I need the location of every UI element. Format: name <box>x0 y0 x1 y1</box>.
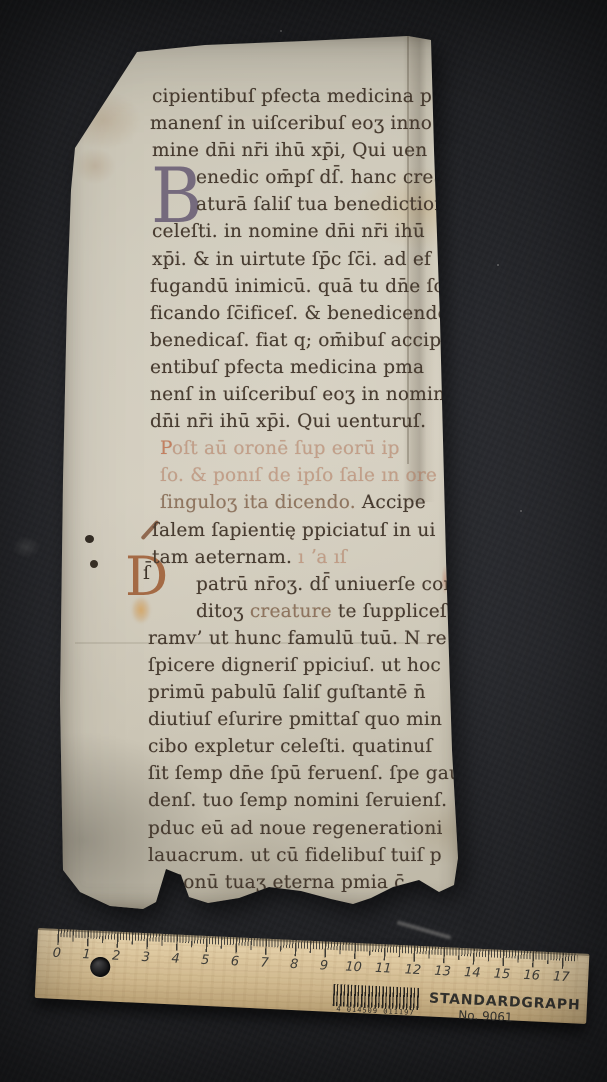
manuscript-text-segment: tam aeternam. <box>152 547 292 568</box>
ruler-number: 8 <box>290 957 299 972</box>
manuscript-text-segment: aturā ſaliſ tua benedictione <box>196 194 458 215</box>
manuscript-line: mine dn̄i nr̄i ihū xp̄i, Qui uen <box>152 137 460 164</box>
manuscript-text-segment: ſſionū tuaʒ eterna pmia c̄ <box>163 872 405 893</box>
manuscript-text-segment: oſt aū oronē ſup eorū ip <box>172 438 400 459</box>
manuscript-line: ramv’ ut hunc famulū tuū. N re <box>148 625 460 652</box>
manuscript-line: entibuſ pfecta medicina pma <box>150 354 460 381</box>
manuscript-line: ſinguloʒ ita dicendo. Accipe <box>160 489 460 516</box>
manuscript-text-segment: ramv’ ut hunc famulū tuū. N re <box>148 628 447 649</box>
manuscript-text-segment: celeſti. in nomine dn̄i nr̄i ihū <box>152 221 425 242</box>
manuscript-line: ficando ſc̄ificeſ. & benedicendo <box>150 300 460 327</box>
manuscript-line: aturā ſaliſ tua benedictione <box>196 191 460 218</box>
initial-d-inner-letter: ſ̄ <box>143 562 150 584</box>
manuscript-line: lauacrum. ut cū fidelibuſ tuiſ p <box>148 842 460 869</box>
manuscript-text-segment: benedicaſ. fiat q; om̄ibuſ accipi <box>150 330 447 351</box>
manuscript-line: celeſti. in nomine dn̄i nr̄i ihū <box>152 218 460 245</box>
manuscript-text-segment: P <box>160 438 172 459</box>
parchment-fold-crease <box>407 34 409 464</box>
ruler-number: 7 <box>260 956 269 971</box>
manuscript-line: enedic om̄pſ dſ̄. hanc crea ııa <box>196 164 460 191</box>
manuscript-text-segment: pduc eū ad noue regenerationi <box>148 818 443 839</box>
ruler-number: 11 <box>375 961 392 977</box>
manuscript-line: tam aeternam. ı ʼa ıſ <box>152 544 460 571</box>
parchment-crease <box>75 642 430 644</box>
manuscript-text-segment: Accipe <box>362 492 426 513</box>
ruler-number: 0 <box>52 946 61 961</box>
ruler-number: 16 <box>523 968 540 984</box>
manuscript-text-segment: ſinguloʒ ita dicendo. <box>160 492 362 513</box>
manuscript-text-segment: ſalem ſapientię ppiciatuſ in ui <box>152 520 436 541</box>
ruler-number: 1 <box>82 947 91 962</box>
ink-speck <box>90 560 98 568</box>
decorated-initial-B: B <box>151 158 202 234</box>
ruler-number: 6 <box>230 954 239 969</box>
manuscript-text-segment: nenſ in uiſceribuſ eoʒ in nomine <box>150 384 456 405</box>
manuscript-text-segment: xp̄i. & in uirtute ſp̄c ſc̄i. ad ef <box>152 249 431 270</box>
orange-stain <box>131 596 151 624</box>
manuscript-line: ſit ſemp dn̄e ſpū feruenſ. ſpe gau <box>148 760 460 787</box>
manuscript-text-segment: ı ʼa ıſ <box>292 547 347 568</box>
manuscript-line: dn̄i nr̄i ihū xp̄i. Qui uenturuſ. <box>150 408 460 435</box>
initial-d-flourish <box>140 520 159 541</box>
manuscript-line: denſ. tuo ſemp nomini ſeruienſ. <box>148 787 460 814</box>
manuscript-line: ſo. & ponıſ de ipſo ſale ın ore <box>160 462 460 489</box>
ink-speck <box>85 535 94 543</box>
manuscript-line: xp̄i. & in uirtute ſp̄c ſc̄i. ad ef <box>152 246 460 273</box>
manuscript-text-segment: diutiuſ eſurire pmittaſ quo min <box>148 709 442 730</box>
manuscript-line: patrū nr̄oʒ. dſ̄ uniuerſe cond <box>196 571 460 598</box>
manuscript-text-block: cipientibuſ pfecta medicina pmanenſ in u… <box>150 83 460 896</box>
manuscript-line: manenſ in uiſceribuſ eoʒ inno <box>150 110 460 137</box>
ruler-number: 13 <box>434 964 451 980</box>
manuscript-text-segment: creature <box>250 601 332 622</box>
ruler-hanging-hole <box>90 957 111 978</box>
manuscript-text-segment: ſit ſemp dn̄e ſpū feruenſ. ſpe gau <box>148 763 461 784</box>
background-smudge <box>12 536 40 558</box>
manuscript-text-segment: ſpicere digneriſ ppiciuſ. ut hoc <box>148 655 441 676</box>
dust-speck <box>520 510 522 512</box>
manuscript-text-segment: cibo expletur celeſti. quatinuſ <box>148 736 432 757</box>
manuscript-text-segment: entibuſ pfecta medicina pma <box>150 357 424 378</box>
manuscript-line: fugandū inimicū. quā tu dn̄e ſci <box>150 273 460 300</box>
ruler-number: 14 <box>464 965 481 981</box>
ruler-number: 4 <box>171 951 180 966</box>
manuscript-line: ſalem ſapientię ppiciatuſ in ui <box>152 517 460 544</box>
manuscript-text-segment: ſo. & ponıſ de ipſo ſale ın ore <box>160 465 437 486</box>
ruler-number: 15 <box>493 967 510 983</box>
manuscript-text-segment: fugandū inimicū. quā tu dn̄e ſci <box>150 276 450 297</box>
ruler-number: 17 <box>553 969 570 985</box>
manuscript-line: cibo expletur celeſti. quatinuſ <box>148 733 460 760</box>
manuscript-line: ſpicere digneriſ ppiciuſ. ut hoc <box>148 652 460 679</box>
decorated-initial-D: D <box>125 550 168 604</box>
manuscript-line: ſſionū tuaʒ eterna pmia c̄ <box>163 869 460 896</box>
manuscript-text-segment: ditoʒ <box>196 601 250 622</box>
manuscript-line: ditoʒ creature te ſuppliceſ exo <box>196 598 460 625</box>
manuscript-line: cipientibuſ pfecta medicina p <box>152 83 460 110</box>
rust-stain <box>440 560 450 600</box>
ruler-number: 10 <box>345 960 362 976</box>
manuscript-line: pduc eū ad noue regenerationi <box>148 815 460 842</box>
ruler-number: 2 <box>112 949 121 964</box>
manuscript-line: primū pabulū ſaliſ guſtantē n̄ <box>148 679 460 706</box>
photograph: B D ſ̄ cipientibuſ pfecta medicina pmane… <box>0 0 607 1082</box>
ruler-number: 3 <box>141 950 150 965</box>
manuscript-text-segment: cipientibuſ pfecta medicina p <box>152 86 432 107</box>
manuscript-line: Poſt aū oronē ſup eorū ip <box>160 435 460 462</box>
manuscript-text-segment: lauacrum. ut cū fidelibuſ tuiſ p <box>148 845 442 866</box>
parchment-surface: B D ſ̄ cipientibuſ pfecta medicina pmane… <box>55 30 467 912</box>
parchment-fold-shading <box>403 32 435 502</box>
manuscript-text-segment: patrū nr̄oʒ. dſ̄ uniuerſe con <box>196 574 456 595</box>
dust-speck <box>497 264 499 266</box>
ruler-number: 5 <box>201 953 210 968</box>
manuscript-text-segment: enedic om̄pſ dſ̄. hanc cre <box>196 167 434 188</box>
manuscript-line: diutiuſ eſurire pmittaſ quo min <box>148 706 460 733</box>
manuscript-text-segment: ficando ſc̄ificeſ. & benedicendo <box>150 303 449 324</box>
manuscript-text-segment: manenſ in uiſceribuſ eoʒ inno <box>150 113 432 134</box>
manuscript-text-segment: te ſuppliceſ exo <box>332 601 486 622</box>
manuscript-line: nenſ in uiſceribuſ eoʒ in nomine <box>150 381 460 408</box>
manuscript-text-segment: d <box>456 574 469 595</box>
ruler-number: 9 <box>319 958 328 973</box>
ruler-number: 12 <box>404 962 421 978</box>
manuscript-text-segment: dn̄i nr̄i ihū xp̄i. Qui uenturuſ. <box>150 411 426 432</box>
manuscript-line: benedicaſ. fiat q; om̄ibuſ accipi <box>150 327 460 354</box>
manuscript-text-segment: mine dn̄i nr̄i ihū xp̄i, Qui uen <box>152 140 427 161</box>
parchment-fragment: B D ſ̄ cipientibuſ pfecta medicina pmane… <box>55 30 467 912</box>
ruler-model-label: No. 9061 <box>458 1008 513 1025</box>
manuscript-text-segment: primū pabulū ſaliſ guſtantē n̄ <box>148 682 426 703</box>
manuscript-text-segment: denſ. tuo ſemp nomini ſeruienſ. <box>148 790 447 811</box>
